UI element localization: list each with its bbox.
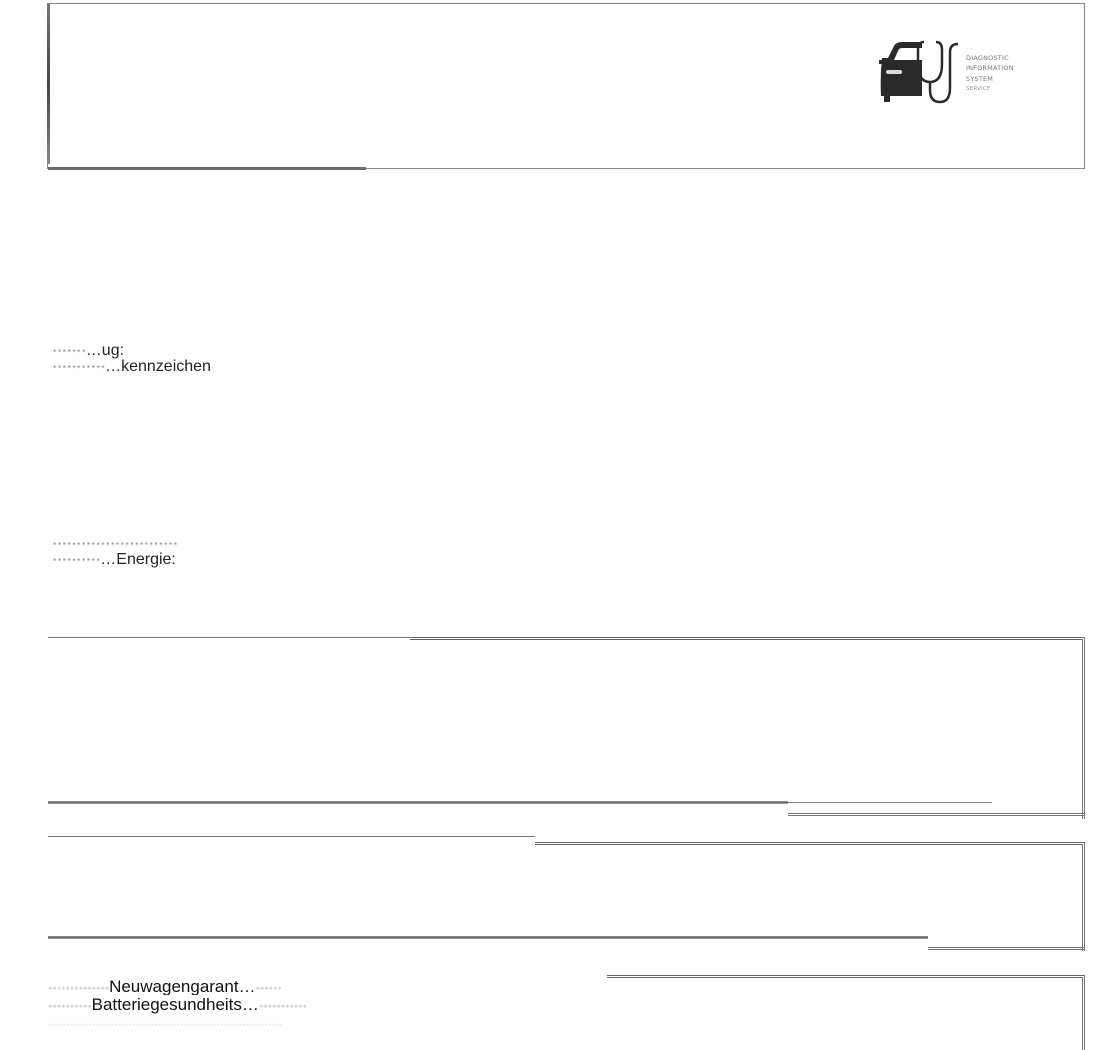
logo-line: … <box>966 42 1014 53</box>
logo-line: Information <box>966 63 1014 74</box>
header-left-border <box>47 4 50 164</box>
field-label-prefix: ·························· <box>52 535 178 552</box>
field-label-suffix: …ug: <box>86 342 124 359</box>
logo-line: System <box>966 74 1014 85</box>
divider <box>788 802 992 803</box>
field-label: …kennzeichen <box>105 358 211 375</box>
battery-health-label: Batteriegesundheits… <box>92 995 259 1014</box>
blurred-text: ······ <box>256 979 282 995</box>
logo-line: Service <box>966 84 1014 95</box>
warranty-label: Neuwagengarant… <box>109 977 255 996</box>
field-label: …Energie: <box>100 551 176 568</box>
divider <box>48 801 788 804</box>
field-label-prefix: ······· <box>52 342 86 359</box>
section-box-3 <box>607 975 1085 1050</box>
header-bottom-border <box>48 167 366 170</box>
divider <box>928 944 1085 950</box>
section-3-content: ··············Neuwagengarant…······ ····… <box>48 978 307 1034</box>
divider <box>48 836 535 837</box>
logo-line: Diagnostic <box>966 53 1014 64</box>
blurred-text: ··········· <box>259 997 307 1013</box>
field-label-prefix: ·········· <box>52 551 100 568</box>
divider <box>48 637 410 638</box>
logo-text: … Diagnostic Information System Service <box>966 42 1014 95</box>
field-label-prefix: ··········· <box>52 358 105 375</box>
field-license-plate: ·······…ug: ···········…kennzeichen <box>52 343 211 375</box>
section-box-1 <box>410 637 1085 819</box>
blurred-text: ·············· <box>48 979 109 995</box>
section-box-2 <box>535 842 1085 951</box>
blurred-text: ·········· <box>48 997 92 1013</box>
company-logo: … Diagnostic Information System Service <box>878 36 1014 106</box>
car-stethoscope-icon <box>878 36 964 106</box>
header-box: … Diagnostic Information System Service <box>47 3 1085 169</box>
divider <box>788 810 1085 816</box>
divider <box>48 936 928 939</box>
field-energy: ·························· ··········…En… <box>52 536 178 568</box>
blurred-text: ········································… <box>48 1019 282 1031</box>
